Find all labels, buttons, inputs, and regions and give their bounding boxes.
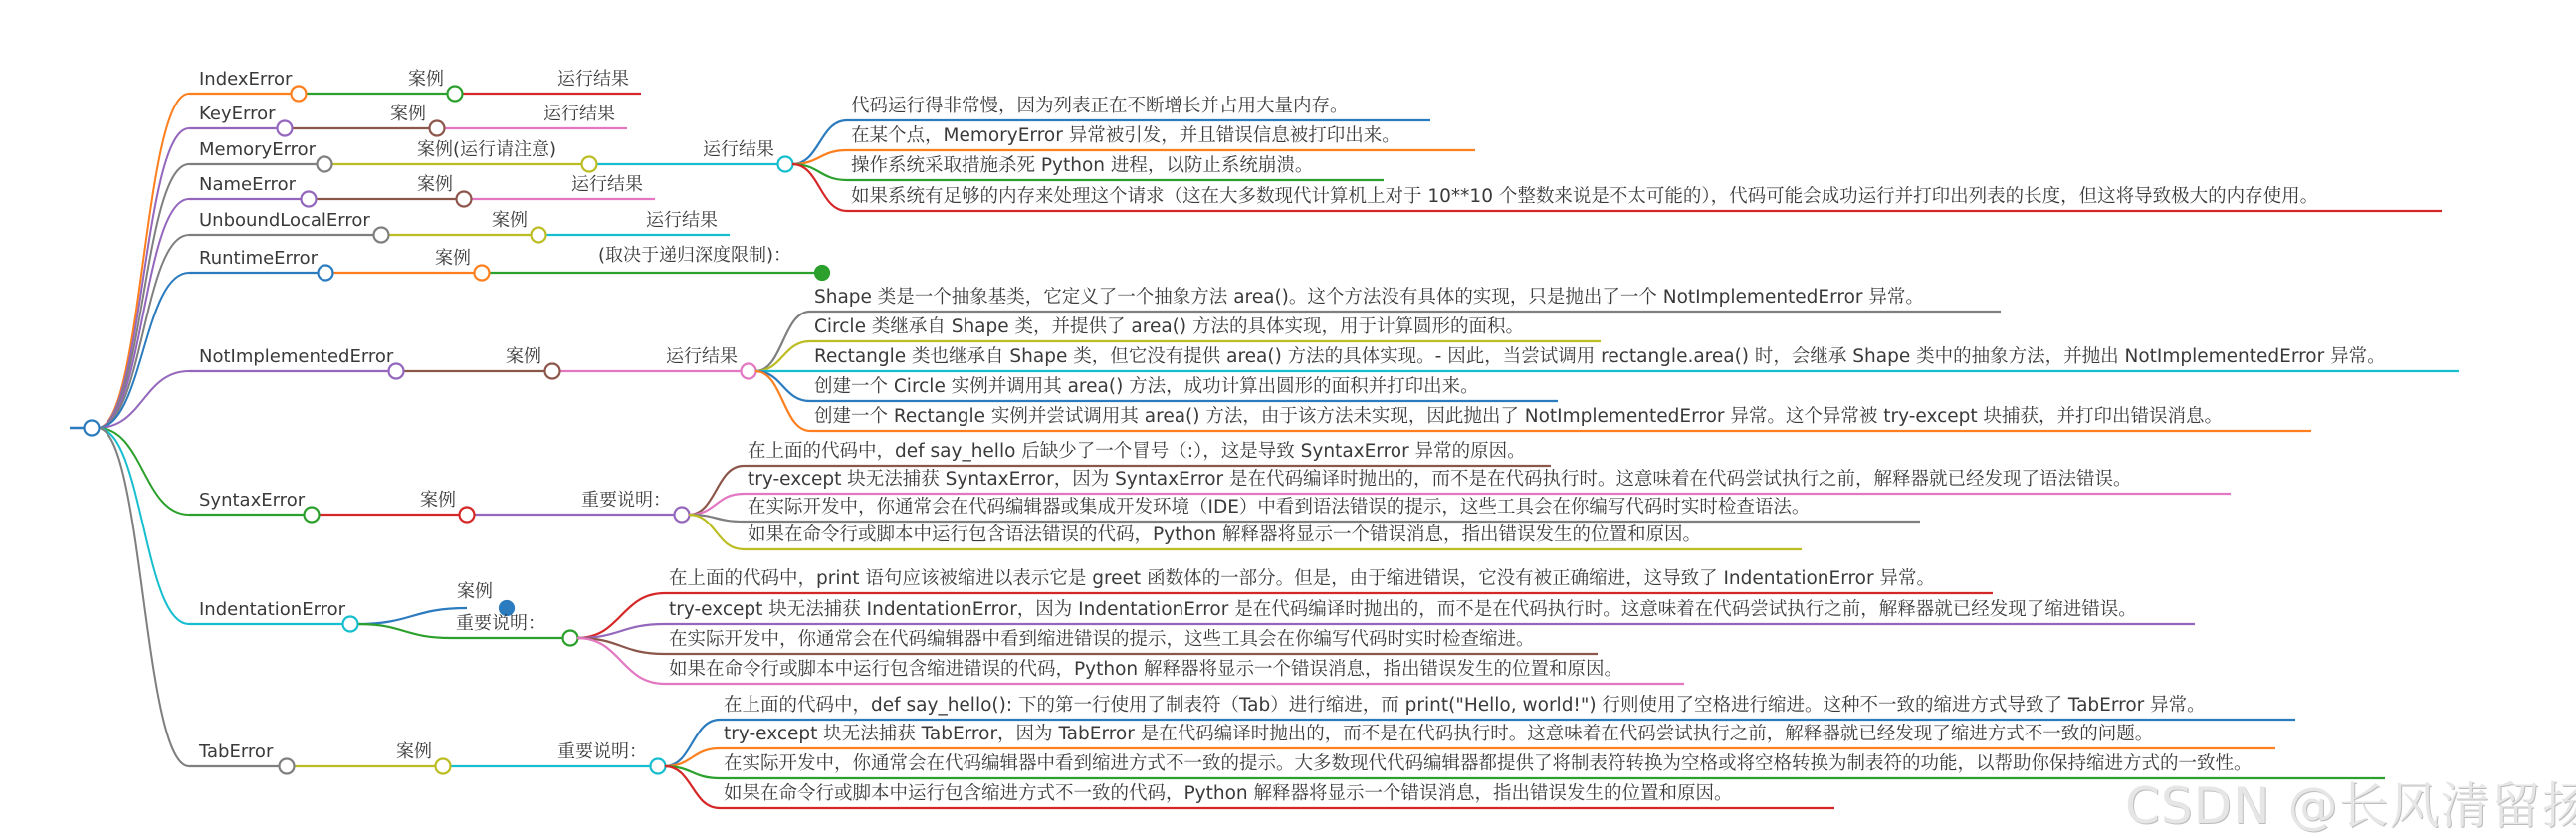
result-label[interactable]: 重要说明： (557, 741, 647, 763)
connector (755, 371, 810, 401)
node-circle[interactable] (318, 157, 332, 172)
case-label[interactable]: 案例 (457, 581, 493, 603)
leaf-text[interactable]: Rectangle 类也继承自 Shape 类，但它没有提供 area() 方法… (814, 346, 2386, 368)
leaf-text[interactable]: 如果在命令行或脚本中运行包含缩进错误的代码，Python 解释器将显示一个错误消… (669, 659, 1622, 681)
branch-label[interactable]: NotImplementedError (199, 346, 393, 368)
case-label[interactable]: 案例 (420, 490, 456, 512)
case-label[interactable]: 案例 (408, 69, 444, 91)
node-circle[interactable] (651, 759, 666, 774)
watermark: CSDN @长风清留扬 (2125, 766, 2576, 838)
connector (98, 94, 189, 428)
case-label[interactable]: 案例(运行请注意) (417, 139, 556, 161)
case-label[interactable]: 案例 (435, 248, 471, 270)
leaf-text[interactable]: 创建一个 Circle 实例并调用其 area() 方法，成功计算出圆形的面积并… (814, 376, 1479, 398)
branch-label[interactable]: RuntimeError (199, 248, 318, 270)
leaf-text[interactable]: 在实际开发中，你通常会在代码编辑器中看到缩进方式不一致的提示。大多数现代代码编辑… (724, 753, 2253, 775)
leaf-text[interactable]: 如果在命令行或脚本中运行包含语法错误的代码，Python 解释器将显示一个错误消… (748, 524, 1701, 546)
node-circle[interactable] (742, 364, 756, 379)
note-label[interactable]: 重要说明： (456, 613, 545, 635)
case-label[interactable]: 案例 (390, 104, 426, 125)
result-label[interactable]: 重要说明： (581, 490, 671, 512)
node-circle[interactable] (460, 508, 475, 523)
root-node-circle[interactable] (85, 421, 100, 436)
leaf-text[interactable]: 操作系统采取措施杀死 Python 进程，以防止系统崩溃。 (851, 155, 1313, 177)
leaf-text[interactable]: Circle 类继承自 Shape 类，并提供了 area() 方法的具体实现，… (814, 316, 1524, 338)
leaf-text[interactable]: 在上面的代码中，def say_hello(): 下的第一行使用了制表符（Tab… (724, 695, 2206, 717)
node-circle[interactable] (280, 759, 295, 774)
leaf-text[interactable]: 创建一个 Rectangle 实例并尝试调用其 area() 方法，由于该方法未… (814, 406, 2223, 428)
leaf-text[interactable]: 在实际开发中，你通常会在代码编辑器中看到缩进错误的提示，这些工具会在你编写代码时… (669, 629, 1535, 651)
leaf-text[interactable]: 在上面的代码中，print 语句应该被缩进以表示它是 greet 函数体的一部分… (669, 568, 1935, 590)
node-circle[interactable] (448, 87, 463, 102)
connector (689, 515, 744, 549)
branch-label[interactable]: SyntaxError (199, 490, 305, 512)
leaf-text[interactable]: 在实际开发中，你通常会在代码编辑器或集成开发环境（IDE）中看到语法错误的提示，… (748, 497, 1810, 519)
leaf-text[interactable]: try-except 块无法捕获 TabError，因为 TabError 是在… (724, 724, 2153, 745)
branch-label[interactable]: TabError (199, 741, 273, 763)
connector (357, 624, 451, 638)
node-circle[interactable] (436, 759, 451, 774)
connector (98, 199, 189, 428)
result-label[interactable]: 运行结果 (666, 346, 738, 368)
result-label[interactable]: 运行结果 (557, 69, 629, 91)
leaf-text[interactable]: Shape 类是一个抽象基类，它定义了一个抽象方法 area()。这个方法没有具… (814, 287, 1924, 309)
branch-label[interactable]: KeyError (199, 104, 276, 125)
node-circle[interactable] (815, 266, 829, 280)
branch-label[interactable]: UnboundLocalError (199, 210, 370, 232)
connector (689, 494, 744, 515)
case-label[interactable]: 案例 (396, 741, 432, 763)
node-circle[interactable] (563, 631, 578, 646)
node-circle[interactable] (457, 192, 472, 207)
case-label[interactable]: 案例 (506, 346, 541, 368)
node-circle[interactable] (430, 121, 445, 136)
node-circle[interactable] (778, 157, 793, 172)
leaf-text[interactable]: 在某个点，MemoryError 异常被引发，并且错误信息被打印出来。 (851, 125, 1400, 147)
result-label[interactable]: 运行结果 (703, 139, 774, 161)
node-circle[interactable] (545, 364, 560, 379)
node-circle[interactable] (374, 228, 389, 243)
case-label[interactable]: 案例 (492, 210, 528, 232)
result-label[interactable]: 运行结果 (646, 210, 718, 232)
leaf-text[interactable]: 如果系统有足够的内存来处理这个请求（这在大多数现代计算机上对于 10**10 个… (851, 186, 2318, 208)
node-circle[interactable] (278, 121, 293, 136)
node-circle[interactable] (675, 508, 690, 523)
leaf-text[interactable]: 代码运行得非常慢，因为列表正在不断增长并占用大量内存。 (851, 96, 1349, 117)
connector (98, 428, 189, 766)
result-label[interactable]: (取决于递归深度限制)： (598, 245, 791, 267)
result-label[interactable]: 运行结果 (571, 174, 643, 196)
leaf-text[interactable]: 在上面的代码中，def say_hello 后缺少了一个冒号（:），这是导致 S… (748, 441, 1526, 463)
result-label[interactable]: 运行结果 (543, 104, 615, 125)
leaf-text[interactable]: try-except 块无法捕获 IndentationError，因为 Ind… (669, 599, 2137, 621)
connector (755, 341, 810, 371)
leaf-text[interactable]: try-except 块无法捕获 SyntaxError，因为 SyntaxEr… (748, 469, 2132, 491)
branch-label[interactable]: NameError (199, 174, 296, 196)
connector (98, 164, 189, 428)
connector (689, 466, 744, 515)
node-circle[interactable] (302, 192, 317, 207)
branch-label[interactable]: IndexError (199, 69, 292, 91)
node-circle[interactable] (319, 266, 333, 281)
leaf-text[interactable]: 如果在命令行或脚本中运行包含缩进方式不一致的代码，Python 解释器将显示一个… (724, 783, 1733, 805)
branch-label[interactable]: MemoryError (199, 139, 316, 161)
node-circle[interactable] (305, 508, 320, 523)
node-circle[interactable] (292, 87, 307, 102)
case-label[interactable]: 案例 (417, 174, 453, 196)
branch-label[interactable]: IndentationError (199, 599, 345, 621)
connector (357, 608, 467, 624)
connector (665, 720, 720, 766)
node-circle[interactable] (532, 228, 546, 243)
node-circle[interactable] (582, 157, 597, 172)
node-circle[interactable] (475, 266, 490, 281)
